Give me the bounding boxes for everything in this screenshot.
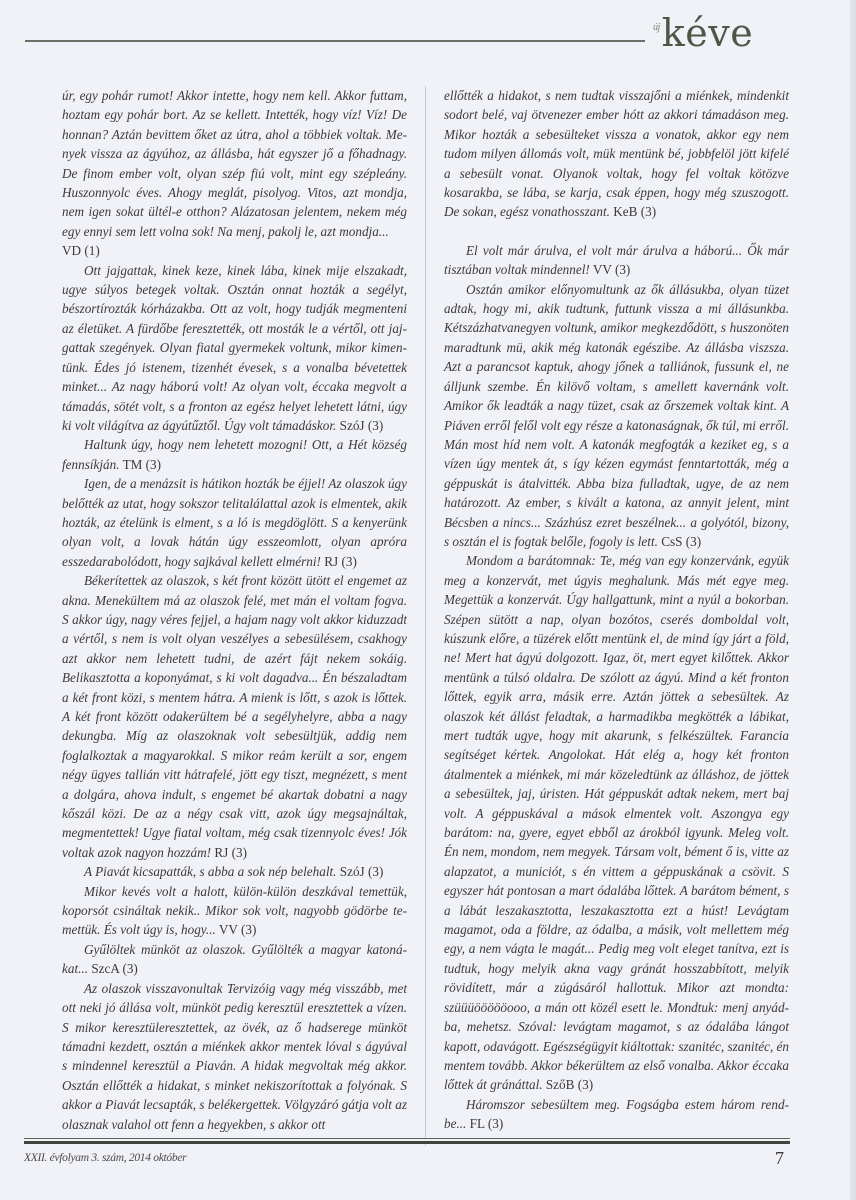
quote-text: Mondom a barátomnak: Te, még van egy kon… (444, 553, 789, 1092)
testimony-paragraph: Osztán amikor előnyomultunk az ők állásu… (444, 280, 789, 552)
testimony-paragraph: Haltunk úgy, hogy nem lehetett mozogni! … (62, 435, 407, 474)
testimony-paragraph: Háromszor sebesültem meg. Fogságba estem… (444, 1095, 789, 1134)
testimony-paragraph: Mondom a barátomnak: Te, még van egy kon… (444, 551, 789, 1094)
source-code: FL (3) (470, 1116, 504, 1131)
page-edge (850, 0, 856, 1200)
source-code: SzóJ (3) (340, 864, 384, 879)
source-code: VV (3) (593, 262, 630, 277)
source-code: SzőB (3) (546, 1077, 593, 1092)
quote-text: Osztán amikor előnyomultunk az ők állásu… (444, 282, 789, 549)
quote-text: Békerítettek az olaszok, s két front köz… (62, 573, 407, 860)
source-code: SzcA (3) (91, 961, 138, 976)
source-code: RJ (3) (324, 554, 357, 569)
left-column: úr, egy pohár rumot! Akkor intette, hogy… (62, 86, 407, 1146)
article-body: úr, egy pohár rumot! Akkor intette, hogy… (62, 86, 794, 1146)
header-rule (395, 40, 645, 42)
source-code: VV (3) (219, 922, 256, 937)
source-code: RJ (3) (214, 845, 247, 860)
quote-text: Az olaszok visszavonultak Tervizóig vagy… (62, 981, 407, 1132)
source-code: VD (1) (62, 243, 100, 258)
testimony-paragraph: A Piavát kicsapatták, s abba a sok nép b… (62, 862, 407, 881)
testimony-paragraph: El volt már árulva, el volt már árulva a… (444, 241, 789, 280)
header-rule (25, 40, 395, 42)
quote-text: Haltunk úgy, hogy nem lehetett mozogni! … (62, 437, 407, 471)
testimony-paragraph: Gyűlöltek münköt az olaszok. Gyűlölték a… (62, 940, 407, 979)
testimony-paragraph: ellőtték a hidakot, s nem tudtak visszaj… (444, 86, 789, 222)
logo-title: kéve (662, 14, 753, 52)
column-divider (425, 86, 426, 1146)
source-code: KeB (3) (613, 204, 656, 219)
testimony-paragraph: Mikor kevés volt a halott, külön-külön d… (62, 882, 407, 940)
source-code: SzóJ (3) (340, 418, 384, 433)
testimony-paragraph: Igen, de a menázsit is hátikon hozták be… (62, 474, 407, 571)
testimony-paragraph: Ott jajgattak, kinek keze, kinek lába, k… (62, 261, 407, 436)
footer-rule (24, 1138, 790, 1144)
source-code: CsS (3) (661, 534, 701, 549)
quote-text: A Piavát kicsapatták, s abba a sok nép b… (84, 864, 336, 879)
testimony-paragraph: Békerítettek az olaszok, s két front köz… (62, 571, 407, 862)
quote-text: Ott jajgattak, kinek keze, kinek lába, k… (62, 263, 407, 433)
source-code: TM (3) (123, 457, 161, 472)
quote-text: ellőtték a hidakot, s nem tudtak visszaj… (444, 88, 789, 219)
issue-info: XXII. évfolyam 3. szám, 2014 október (24, 1152, 186, 1164)
testimony-paragraph: úr, egy pohár rumot! Akkor intette, hogy… (62, 86, 407, 261)
logo-prefix: új (653, 22, 660, 33)
magazine-logo: új kéve (653, 14, 753, 64)
testimony-paragraph: Az olaszok visszavonultak Tervizóig vagy… (62, 979, 407, 1134)
quote-text: úr, egy pohár rumot! Akkor intette, hogy… (62, 88, 407, 239)
right-column: ellőtték a hidakot, s nem tudtak visszaj… (444, 86, 789, 1146)
page-number: 7 (775, 1148, 784, 1169)
